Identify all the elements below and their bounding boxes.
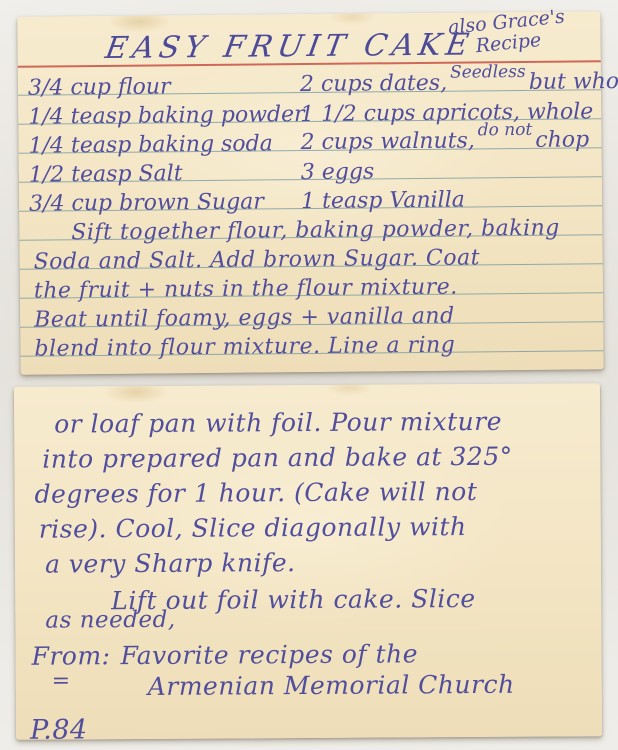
recipe-line: into prepared pan and bake at 325° xyxy=(14,438,600,477)
raised-note: do not xyxy=(478,118,533,143)
recipe-line: degrees for 1 hour. (Cake will not xyxy=(14,473,600,512)
source-text: Favorite recipes of the xyxy=(120,639,418,670)
corner-note: also Grace's Recipe xyxy=(421,4,594,62)
inserted-note: as needed, xyxy=(15,600,601,639)
photo-background: { "colors": { "background": "#edebe6", "… xyxy=(0,0,618,750)
source-line-2: Armenian Memorial Church xyxy=(16,666,602,705)
back-card-text: or loaf pan with foil. Pour mixture into… xyxy=(14,403,602,748)
recipe-card-back: or loaf pan with foil. Pour mixture into… xyxy=(14,383,602,740)
instruction-row: blend into flour mixture. Line a ring xyxy=(20,322,603,357)
recipe-line: or loaf pan with foil. Pour mixture xyxy=(14,403,600,442)
instruction-line: blend into flour mixture. Line a ring xyxy=(34,334,455,362)
recipe-title: EASY FRUIT CAKE xyxy=(103,28,476,66)
page-reference: P.84 xyxy=(16,709,602,748)
ruled-area: 3/4 cup flour 2 cups dates,Seedlessbut w… xyxy=(18,61,604,357)
recipe-card-front: EASY FRUIT CAKE also Grace's Recipe 3/4 … xyxy=(17,11,603,375)
raised-note: Seedless xyxy=(450,60,526,85)
recipe-line: a very Sharp knife. xyxy=(15,543,601,582)
recipe-line: rise). Cool, Slice diagonally with xyxy=(15,508,601,547)
source-label: From: xyxy=(31,641,110,670)
